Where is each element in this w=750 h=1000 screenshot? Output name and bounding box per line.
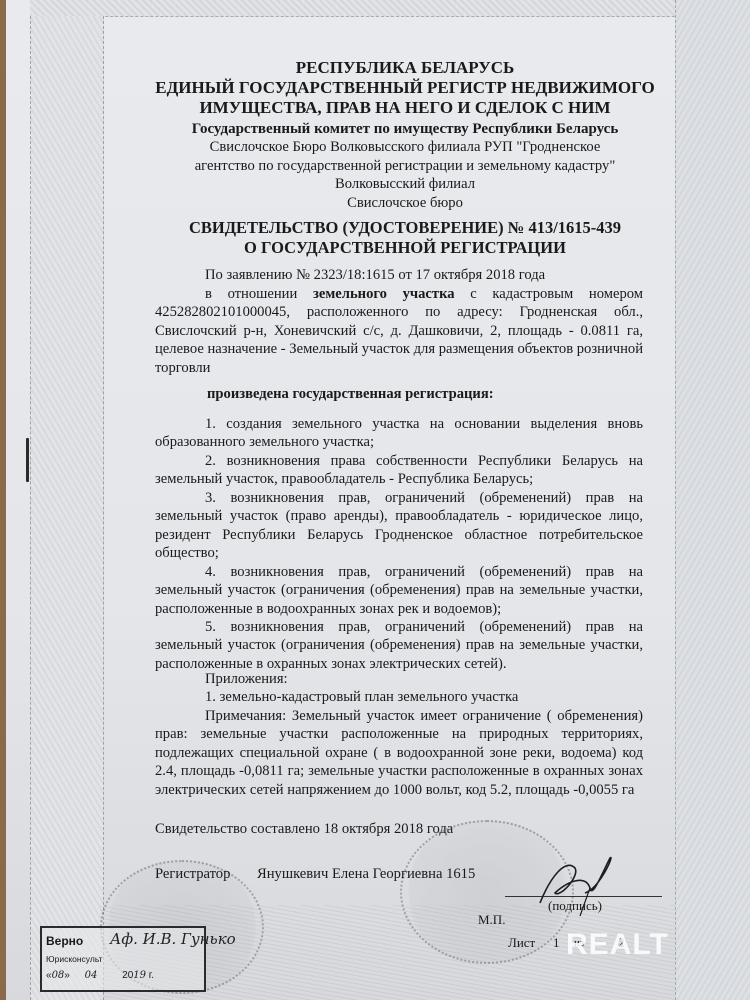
- registration-item-5: 5. возникновения прав, ограничений (обре…: [155, 618, 643, 673]
- registrar-name: Янушкевич Елена Георгиевна 1615: [257, 866, 475, 883]
- certificate-title: СВИДЕТЕЛЬСТВО (УДОСТОВЕРЕНИЕ) № 413/1615…: [155, 218, 655, 258]
- sheet-label: Лист: [508, 935, 535, 951]
- sheet-number: 1: [553, 935, 560, 951]
- stamp-month: 04: [85, 970, 98, 981]
- country-title: РЕСПУБЛИКА БЕЛАРУСЬ: [155, 58, 655, 78]
- registration-item-2: 2. возникновения права собственности Рес…: [155, 452, 643, 489]
- signature-caption: (подпись): [548, 898, 602, 914]
- document-header: РЕСПУБЛИКА БЕЛАРУСЬ ЕДИНЫЙ ГОСУДАРСТВЕНН…: [155, 58, 655, 212]
- stamp-year-unit: г.: [149, 970, 154, 981]
- stamp-date: «08» 04 2019 г.: [46, 970, 154, 981]
- committee-name: Государственный комитет по имуществу Рес…: [155, 120, 655, 138]
- stamp-handwritten-signature: Аф. И.В. Гунько: [110, 930, 236, 948]
- margin-marker: [26, 438, 29, 482]
- object-description: в отношении земельного участка с кадастр…: [155, 285, 643, 377]
- seal-caption: М.П.: [478, 912, 505, 928]
- attachments-heading: Приложения:: [205, 670, 288, 688]
- bureau-line2: агентство по государственной регистрации…: [155, 157, 655, 175]
- registrar-label: Регистратор: [155, 866, 230, 883]
- object-prefix: в отношении: [205, 286, 313, 302]
- registration-item-4: 4. возникновения прав, ограничений (обре…: [155, 563, 643, 618]
- certificate-title-line2: О ГОСУДАРСТВЕННОЙ РЕГИСТРАЦИИ: [155, 238, 655, 258]
- copy-border-top: [30, 0, 750, 17]
- registration-item-3: 3. возникновения прав, ограничений (обре…: [155, 489, 643, 563]
- registration-heading: произведена государственная регистрация:: [207, 385, 494, 403]
- registration-item-1: 1. создания земельного участка на основа…: [155, 415, 643, 452]
- attachment-item-1: 1. земельно-кадастровый план земельного …: [205, 688, 518, 706]
- stamp-title: Верно: [46, 934, 83, 948]
- object-type: земельного участка: [313, 286, 455, 302]
- stamp-day: 08: [52, 970, 65, 981]
- copy-border-right: [675, 0, 750, 1000]
- bureau-line1: Свислочское Бюро Волковысского филиала Р…: [155, 138, 655, 156]
- certificate-title-line1: СВИДЕТЕЛЬСТВО (УДОСТОВЕРЕНИЕ) № 413/1615…: [155, 218, 655, 238]
- issue-date: Свидетельство составлено 18 октября 2018…: [155, 820, 453, 838]
- stamp-year-prefix: 20: [122, 970, 133, 981]
- realt-watermark: REALT: [566, 928, 669, 962]
- office-name: Свислочское бюро: [155, 194, 655, 212]
- registry-title-line1: ЕДИНЫЙ ГОСУДАРСТВЕННЫЙ РЕГИСТР НЕДВИЖИМО…: [155, 78, 655, 98]
- stamp-role: Юрисконсульт: [46, 954, 102, 964]
- registry-title-line2: ИМУЩЕСТВА, ПРАВ НА НЕГО И СДЕЛОК С НИМ: [155, 98, 655, 118]
- application-line: По заявлению № 2323/18:1615 от 17 октябр…: [205, 266, 545, 284]
- notes: Примечания: Земельный участок имеет огра…: [155, 707, 643, 799]
- branch-name: Волковысский филиал: [155, 175, 655, 193]
- stamp-year-suffix: 19: [133, 970, 146, 981]
- copy-border-left: [30, 16, 104, 1000]
